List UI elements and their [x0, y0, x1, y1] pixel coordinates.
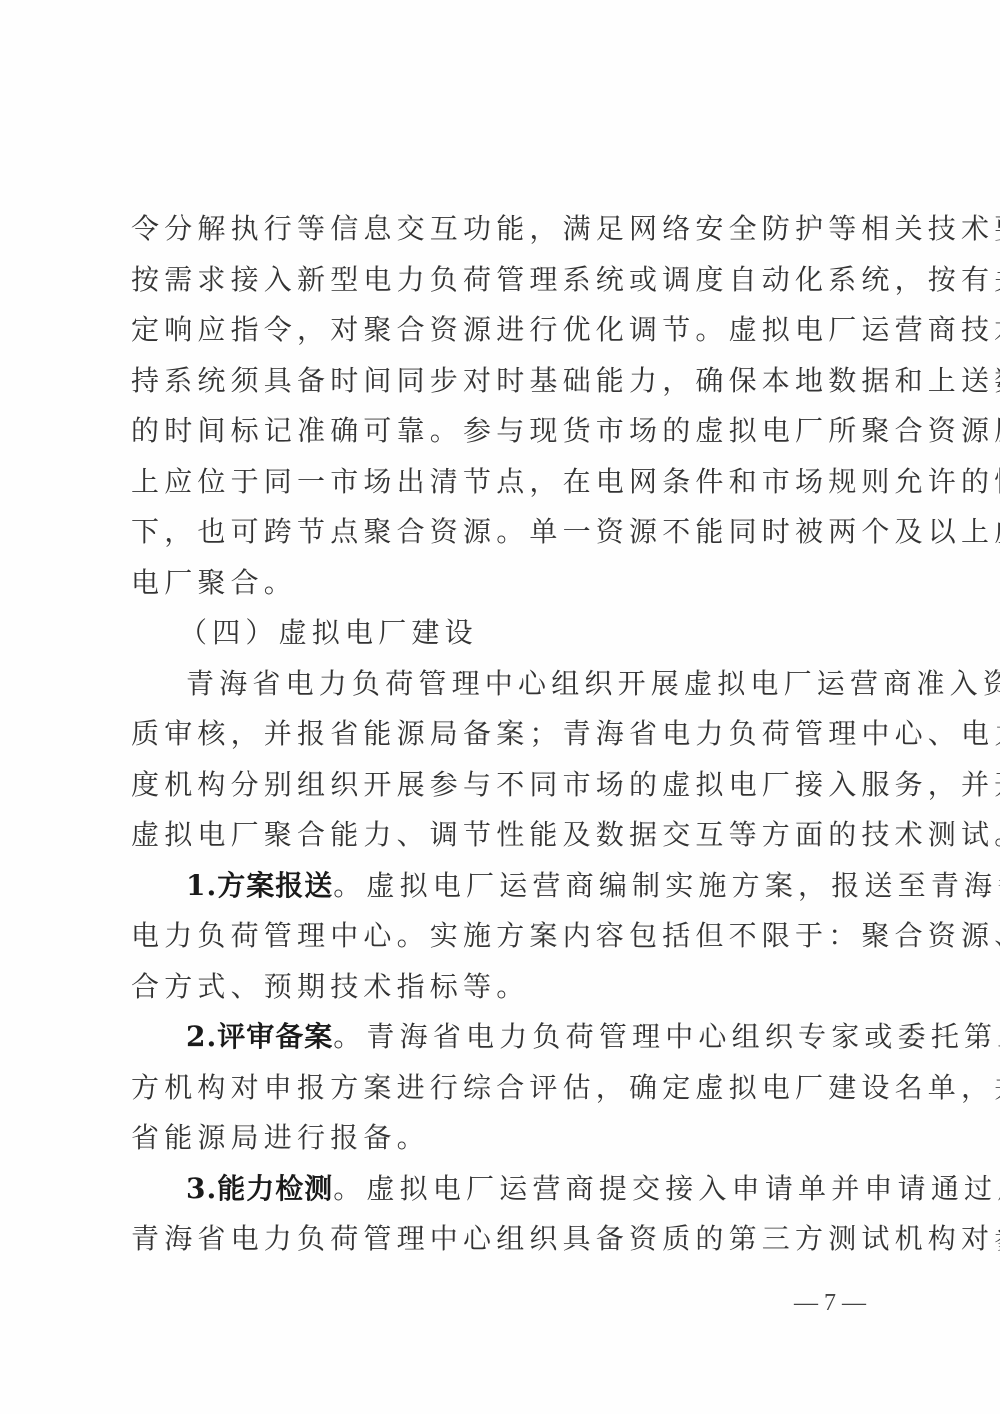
document-body: 令分解执行等信息交互功能，满足网络安全防护等相关技术要求， 按需求接入新型电力负… [131, 204, 873, 1265]
text-line: 下，也可跨节点聚合资源。单一资源不能同时被两个及以上虚拟 [131, 507, 873, 558]
text-line: 虚拟电厂聚合能力、调节性能及数据交互等方面的技术测试。 [131, 810, 873, 861]
text-line: 2.评审备案。青海省电力负荷管理中心组织专家或委托第三 [131, 1012, 873, 1063]
text-line: 令分解执行等信息交互功能，满足网络安全防护等相关技术要求， [131, 204, 873, 255]
text-line: 上应位于同一市场出清节点，在电网条件和市场规则允许的情况 [131, 457, 873, 508]
numbered-item-2: 2.评审备案。青海省电力负荷管理中心组织专家或委托第三 方机构对申报方案进行综合… [131, 1012, 873, 1164]
numbered-item-3: 3.能力检测。虚拟电厂运营商提交接入申请单并申请通过后， 青海省电力负荷管理中心… [131, 1164, 873, 1265]
item-text: 。虚拟电厂运营商编制实施方案，报送至青海省 [333, 869, 1000, 902]
text-line: 电厂聚合。 [131, 558, 873, 609]
paragraph-body: 青海省电力负荷管理中心组织开展虚拟电厂运营商准入资 质审核，并报省能源局备案；青… [131, 659, 873, 861]
text-line: 的时间标记准确可靠。参与现货市场的虚拟电厂所聚合资源原则 [131, 406, 873, 457]
page-number: — 7 — [780, 1290, 880, 1317]
document-page: 令分解执行等信息交互功能，满足网络安全防护等相关技术要求， 按需求接入新型电力负… [0, 0, 1000, 1414]
item-label: 1.方案报送 [186, 869, 333, 902]
paragraph-continuation: 令分解执行等信息交互功能，满足网络安全防护等相关技术要求， 按需求接入新型电力负… [131, 204, 873, 608]
text-line: 青海省电力负荷管理中心组织具备资质的第三方测试机构对参与 [131, 1214, 873, 1265]
text-line: 合方式、预期技术指标等。 [131, 962, 873, 1013]
text-line: 定响应指令，对聚合资源进行优化调节。虚拟电厂运营商技术支 [131, 305, 873, 356]
section-heading: （四）虚拟电厂建设 [131, 608, 873, 659]
text-line: 持系统须具备时间同步对时基础能力，确保本地数据和上送数据 [131, 356, 873, 407]
item-text: 。青海省电力负荷管理中心组织专家或委托第三 [333, 1020, 1000, 1053]
text-line: 质审核，并报省能源局备案；青海省电力负荷管理中心、电力调 [131, 709, 873, 760]
text-line: 电力负荷管理中心。实施方案内容包括但不限于：聚合资源、聚 [131, 911, 873, 962]
text-line: 1.方案报送。虚拟电厂运营商编制实施方案，报送至青海省 [131, 861, 873, 912]
text-line: 按需求接入新型电力负荷管理系统或调度自动化系统，按有关规 [131, 255, 873, 306]
text-line: 3.能力检测。虚拟电厂运营商提交接入申请单并申请通过后， [131, 1164, 873, 1215]
item-label: 3.能力检测 [186, 1172, 333, 1205]
text-line: 青海省电力负荷管理中心组织开展虚拟电厂运营商准入资 [131, 659, 873, 710]
numbered-item-1: 1.方案报送。虚拟电厂运营商编制实施方案，报送至青海省 电力负荷管理中心。实施方… [131, 861, 873, 1013]
text-line: 省能源局进行报备。 [131, 1113, 873, 1164]
item-text: 。虚拟电厂运营商提交接入申请单并申请通过后， [333, 1172, 1000, 1205]
text-line: 方机构对申报方案进行综合评估，确定虚拟电厂建设名单，并向 [131, 1063, 873, 1114]
text-line: 度机构分别组织开展参与不同市场的虚拟电厂接入服务，并开展 [131, 760, 873, 811]
item-label: 2.评审备案 [186, 1020, 333, 1053]
